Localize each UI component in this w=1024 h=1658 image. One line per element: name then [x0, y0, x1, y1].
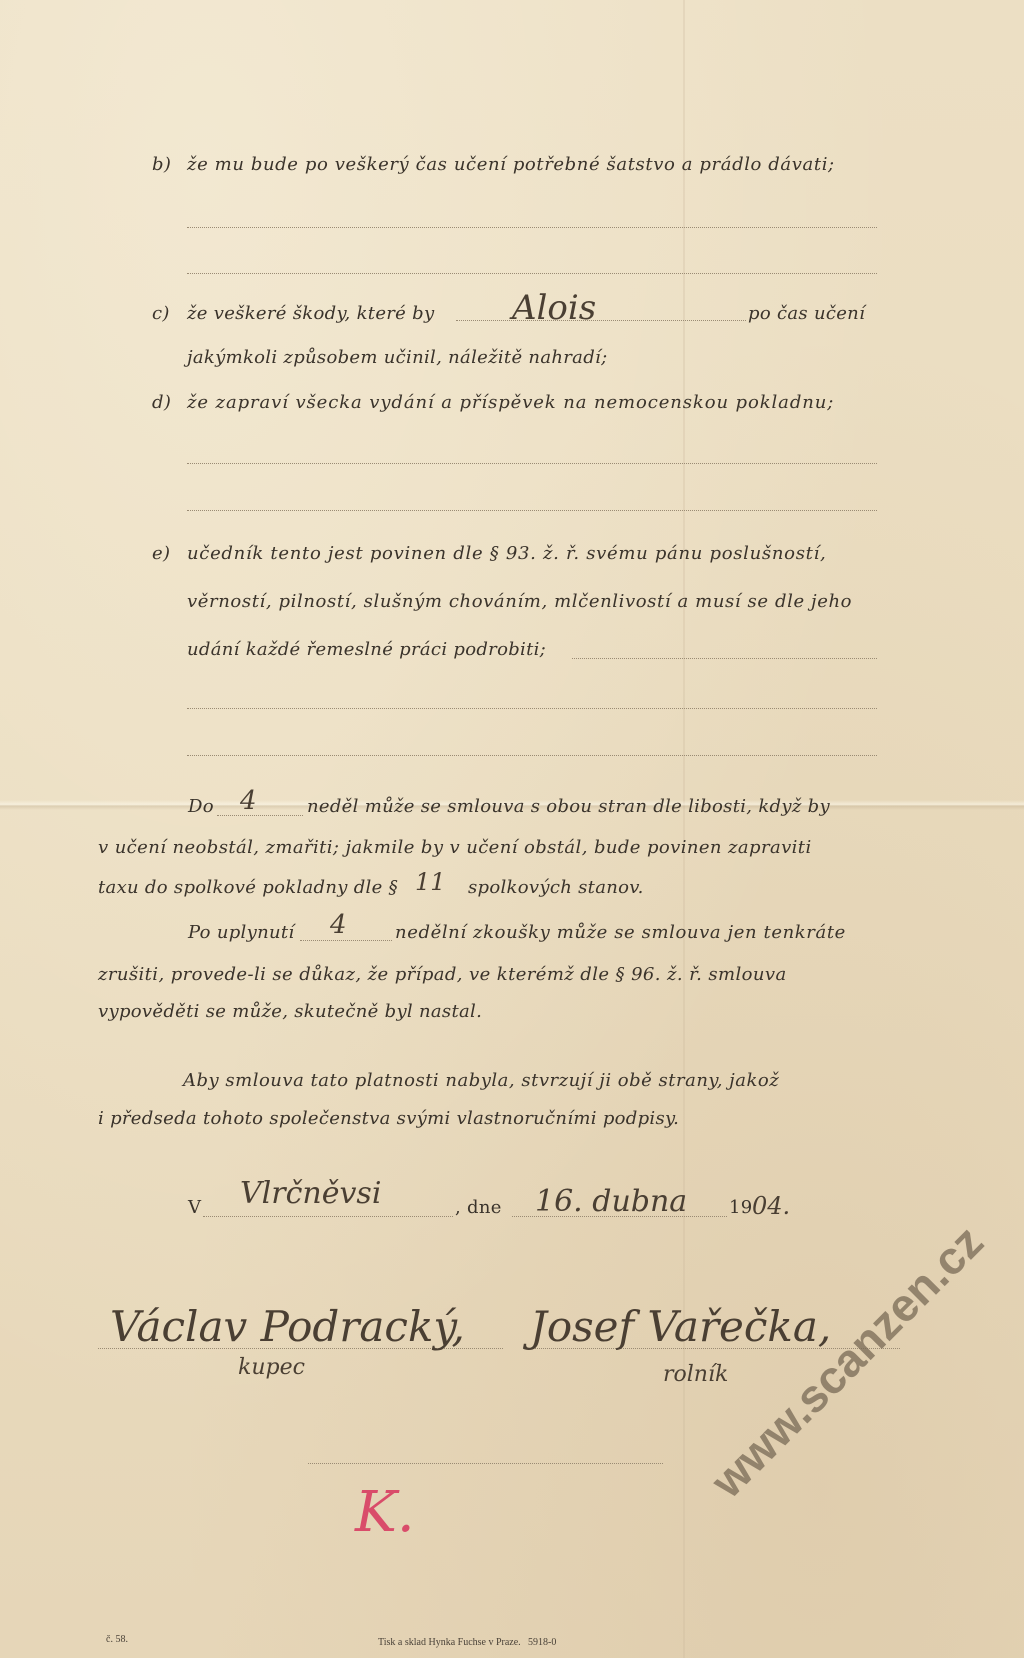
- trial-p2-line3: vypověděti se může, skutečně byl nastal.: [98, 1001, 482, 1022]
- handwritten-year: 04.: [752, 1192, 790, 1220]
- clause-d-text: že zapraví všecka vydání a příspěvek na …: [187, 392, 834, 413]
- clause-e-line1: učedník tento jest povinen dle § 93. ž. …: [187, 543, 826, 564]
- print-code: 5918-0: [528, 1637, 556, 1648]
- trial-p1-rest: neděl může se smlouva s obou stran dle l…: [307, 796, 830, 817]
- name-field-line: [456, 320, 746, 321]
- clause-b-text: že mu bude po veškerý čas učení potřebné…: [187, 154, 835, 175]
- blank-line: [187, 510, 877, 511]
- year-printed: 19: [729, 1197, 753, 1218]
- signer2-occupation: rolník: [663, 1362, 728, 1387]
- trial-p2-start: Po uplynutí: [188, 922, 294, 943]
- blank-line: [187, 227, 877, 228]
- clause-e-marker: e): [152, 543, 170, 564]
- trial-p1-line3-after: spolkových stanov.: [468, 877, 644, 898]
- handwritten-date: 16. dubna: [535, 1184, 687, 1219]
- clause-c-text-after: po čas učení: [748, 303, 865, 324]
- handwritten-paragraph-number: 11: [415, 868, 446, 896]
- signature-josef-varecka: Josef Vařečka,: [530, 1302, 831, 1351]
- clause-c-marker: c): [152, 303, 170, 324]
- place-field-line: [203, 1216, 453, 1217]
- blank-line: [187, 708, 877, 709]
- date-label: , dne: [455, 1197, 502, 1218]
- blank-line: [572, 658, 877, 659]
- chairman-signature-line: [308, 1463, 663, 1464]
- clause-e-line3: udání každé řemeslné práci podrobiti;: [187, 639, 546, 660]
- closing-line2: i předseda tohoto společenstva svými vla…: [98, 1108, 679, 1129]
- document-page: b) že mu bude po veškerý čas učení potře…: [0, 0, 1024, 1658]
- weeks-field-line: [300, 940, 392, 941]
- trial-p1-start: Do: [188, 796, 214, 817]
- watermark: www.scanzen.cz: [700, 1215, 994, 1509]
- blank-line: [187, 463, 877, 464]
- trial-p2-rest: nedělní zkoušky může se smlouva jen tenk…: [395, 922, 846, 943]
- clause-c-line2: jakýmkoli způsobem učinil, náležitě nahr…: [187, 347, 607, 368]
- closing-line1: Aby smlouva tato platnosti nabyla, stvrz…: [183, 1070, 779, 1091]
- form-number: č. 58.: [106, 1634, 128, 1645]
- trial-p1-line2: v učení neobstál, zmařiti; jakmile by v …: [98, 837, 812, 858]
- clause-d-marker: d): [152, 392, 171, 413]
- clause-b-marker: b): [152, 154, 171, 175]
- handwritten-weeks: 4: [330, 910, 347, 940]
- place-prefix: V: [188, 1197, 201, 1218]
- paper-fold-vertical: [683, 0, 685, 1658]
- weeks-field-line: [217, 815, 303, 816]
- printer-credit: Tisk a sklad Hynka Fuchse v Praze.: [378, 1637, 521, 1648]
- signer1-occupation: kupec: [238, 1355, 305, 1380]
- handwritten-apprentice-name: Alois: [512, 288, 596, 328]
- blank-line: [187, 273, 877, 274]
- chairman-initial-red: K.: [355, 1480, 415, 1545]
- blank-line: [187, 755, 877, 756]
- trial-p1-line3: taxu do spolkové pokladny dle §: [98, 877, 398, 898]
- clause-e-line2: věrností, pilností, slušným chováním, ml…: [187, 591, 852, 612]
- trial-p2-line2: zrušiti, provede-li se důkaz, že případ,…: [98, 964, 787, 985]
- handwritten-place: Vlrčněvsi: [240, 1176, 381, 1211]
- clause-c-text: že veškeré škody, které by: [187, 303, 434, 324]
- signature-vaclav-podracky: Václav Podracký,: [110, 1302, 465, 1351]
- handwritten-weeks: 4: [240, 786, 257, 816]
